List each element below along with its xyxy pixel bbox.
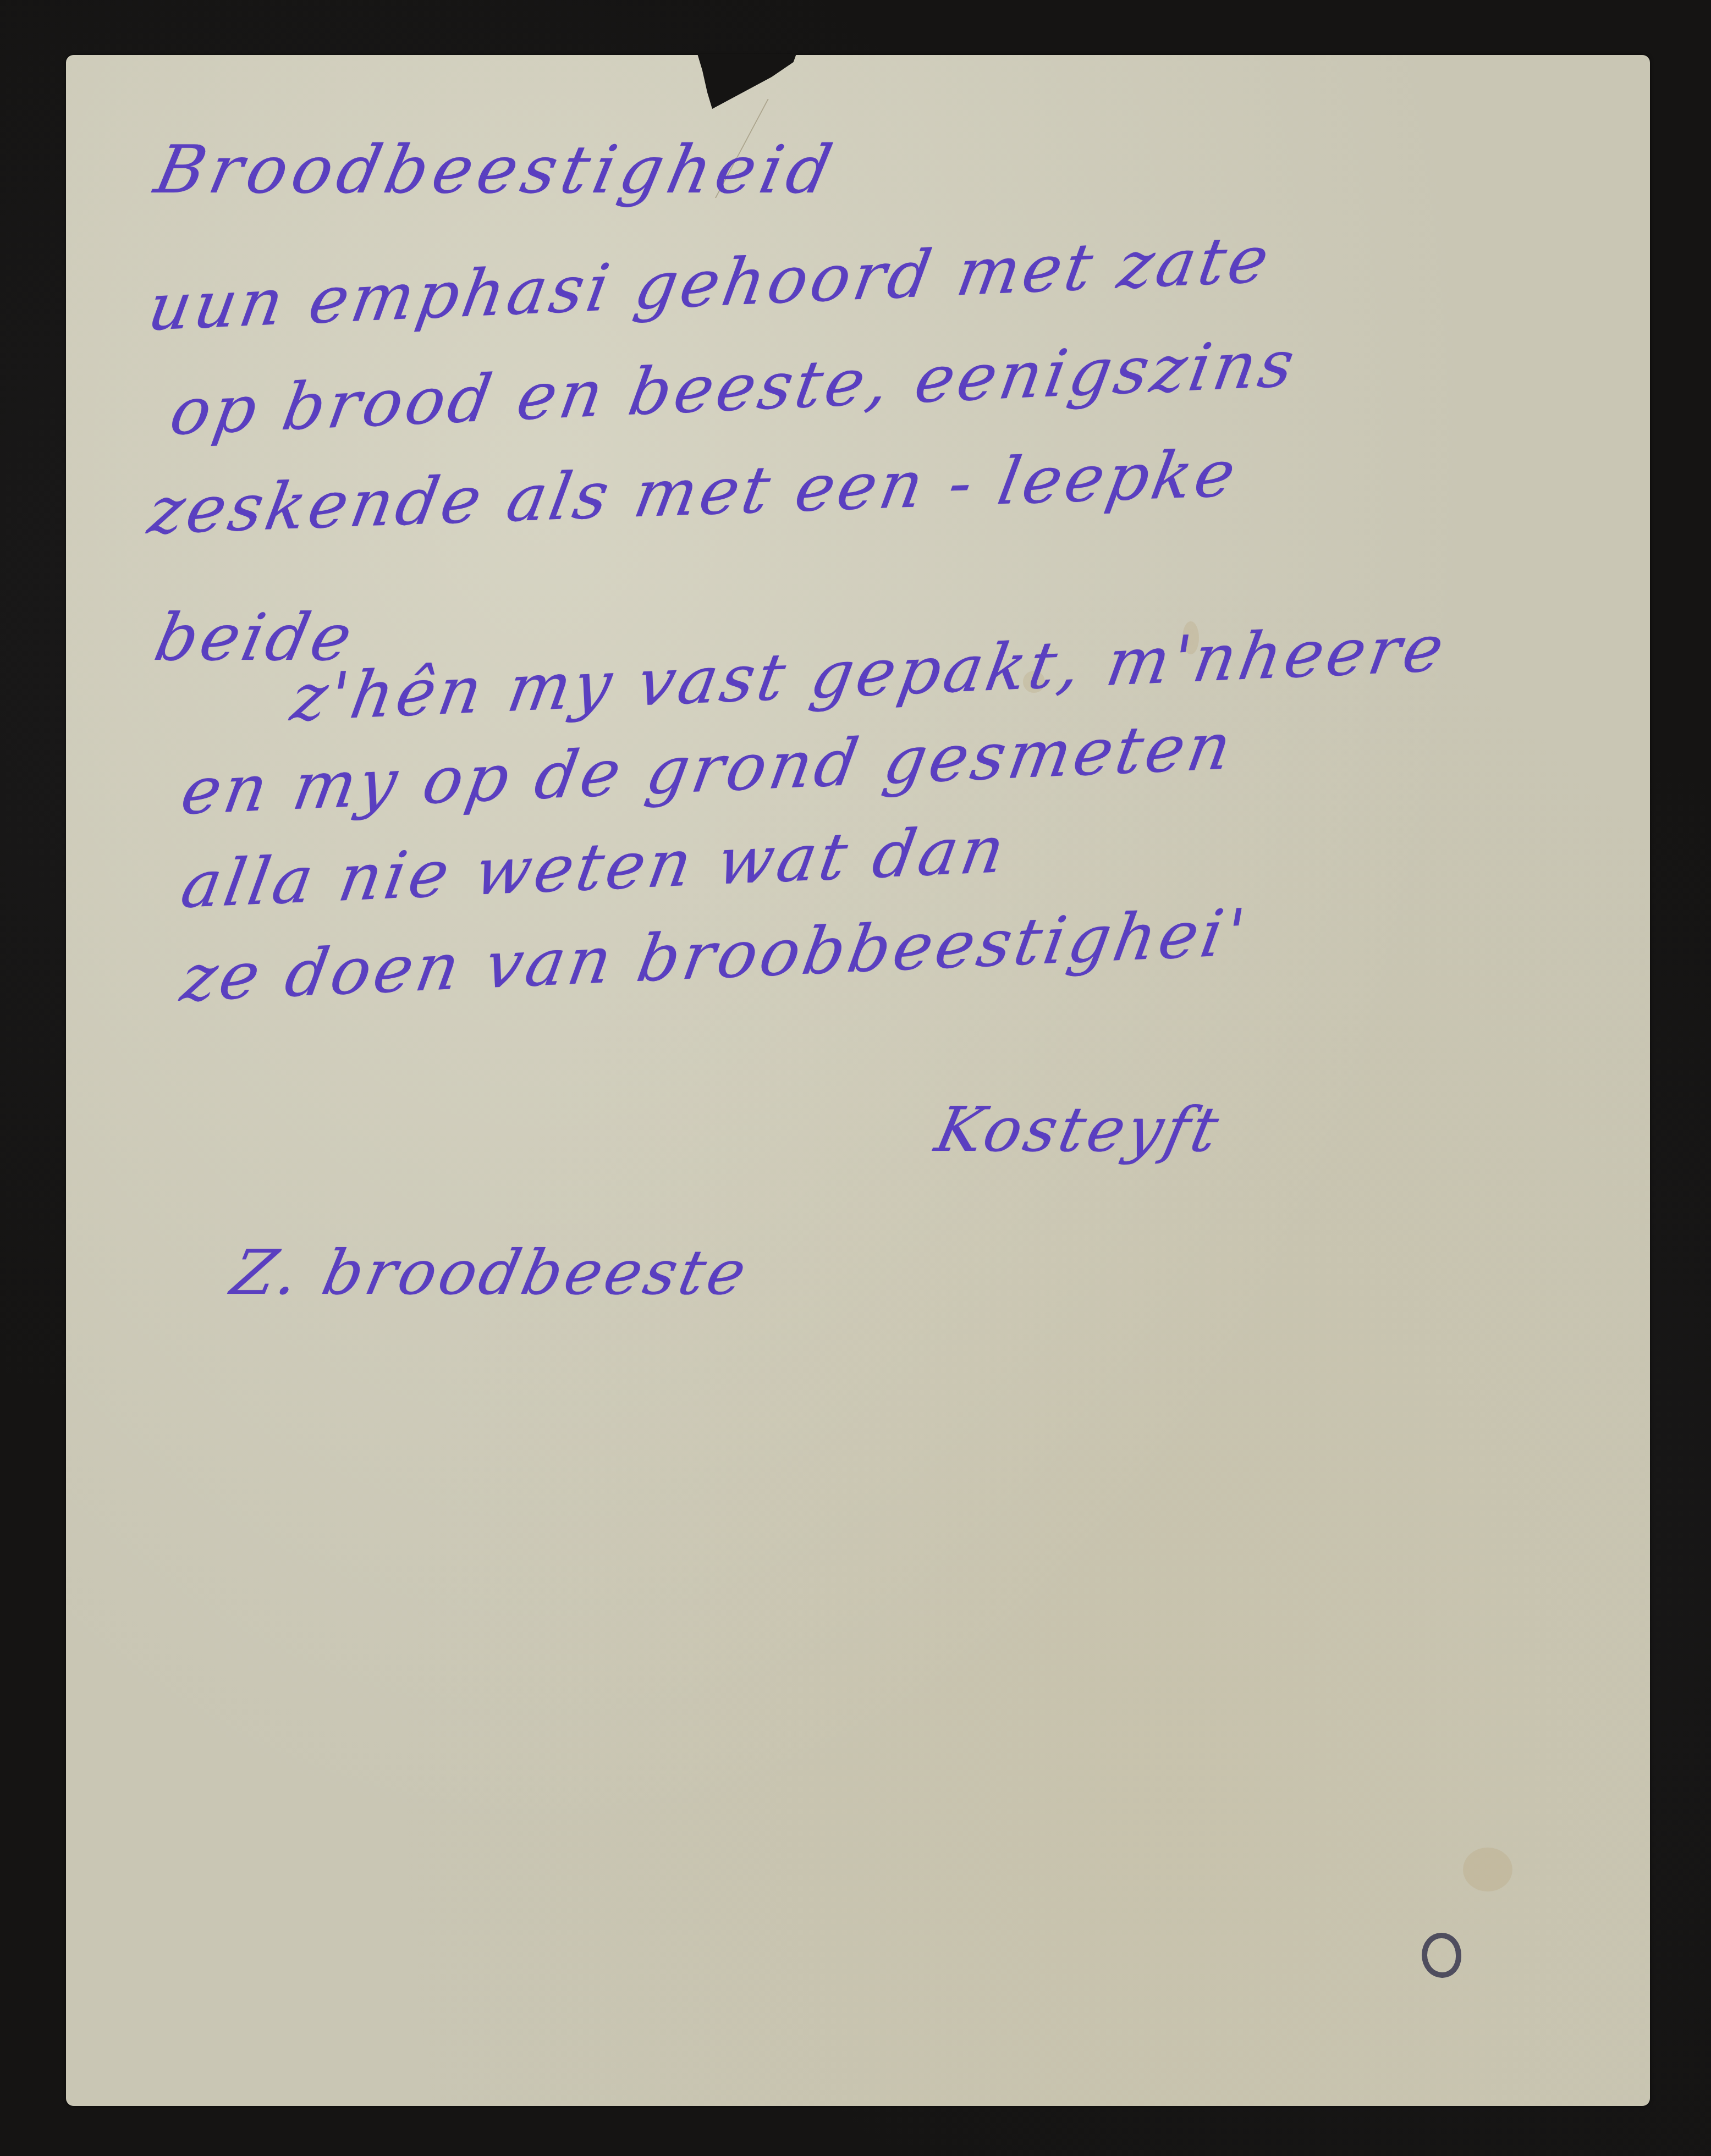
manuscript-title: Broodbeestigheid (148, 132, 844, 208)
footnote-reference: Z. broodbeeste (225, 1237, 756, 1309)
paper-stain (1463, 1848, 1512, 1892)
corner-circle-mark (1422, 1933, 1461, 1978)
signature: Kosteyft (929, 1094, 1228, 1166)
